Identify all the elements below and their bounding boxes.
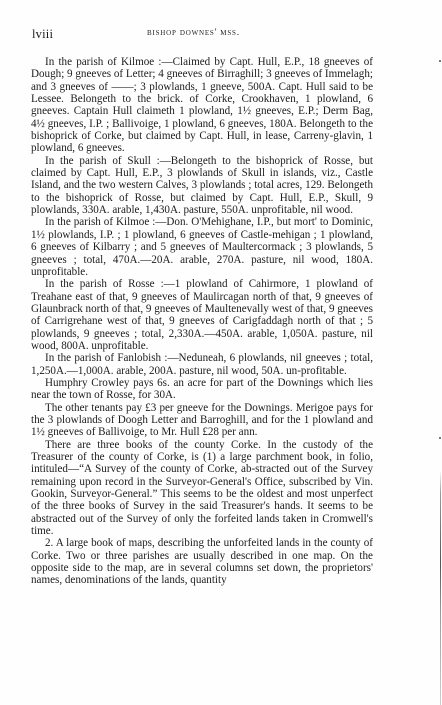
page-number: lviii	[32, 27, 53, 42]
paragraph-three-books: There are three books of the county Cork…	[31, 439, 373, 538]
page-edge-line	[440, 470, 441, 705]
paragraph-kilmoe-hull: In the parish of Kilmoe :—Claimed by Cap…	[31, 56, 373, 155]
book-page: lviii BISHOP DOWNES' MSS. In the parish …	[0, 0, 442, 705]
paragraph-tenants: The other tenants pay £3 per gneeve for …	[31, 402, 373, 439]
paragraph-fanlobish: In the parish of Fanlobish :—Neduneah, 6…	[31, 352, 373, 377]
paragraph-crowley: Humphry Crowley pays 6s. an acre for par…	[31, 377, 373, 402]
page-edge-mark	[439, 60, 441, 62]
body-text: In the parish of Kilmoe :—Claimed by Cap…	[31, 56, 373, 587]
paragraph-skull: In the parish of Skull :—Belongeth to th…	[31, 155, 373, 217]
running-title: BISHOP DOWNES' MSS.	[147, 28, 240, 38]
page-header: lviii BISHOP DOWNES' MSS.	[32, 27, 372, 41]
page-edge-mark	[439, 437, 441, 439]
paragraph-rosse: In the parish of Rosse :—1 plowland of C…	[31, 278, 373, 352]
paragraph-book-of-maps: 2. A large book of maps, describing the …	[31, 537, 373, 586]
paragraph-kilmoe-omehighane: In the parish of Kilmoe :—Don. O'Mehigha…	[31, 216, 373, 278]
